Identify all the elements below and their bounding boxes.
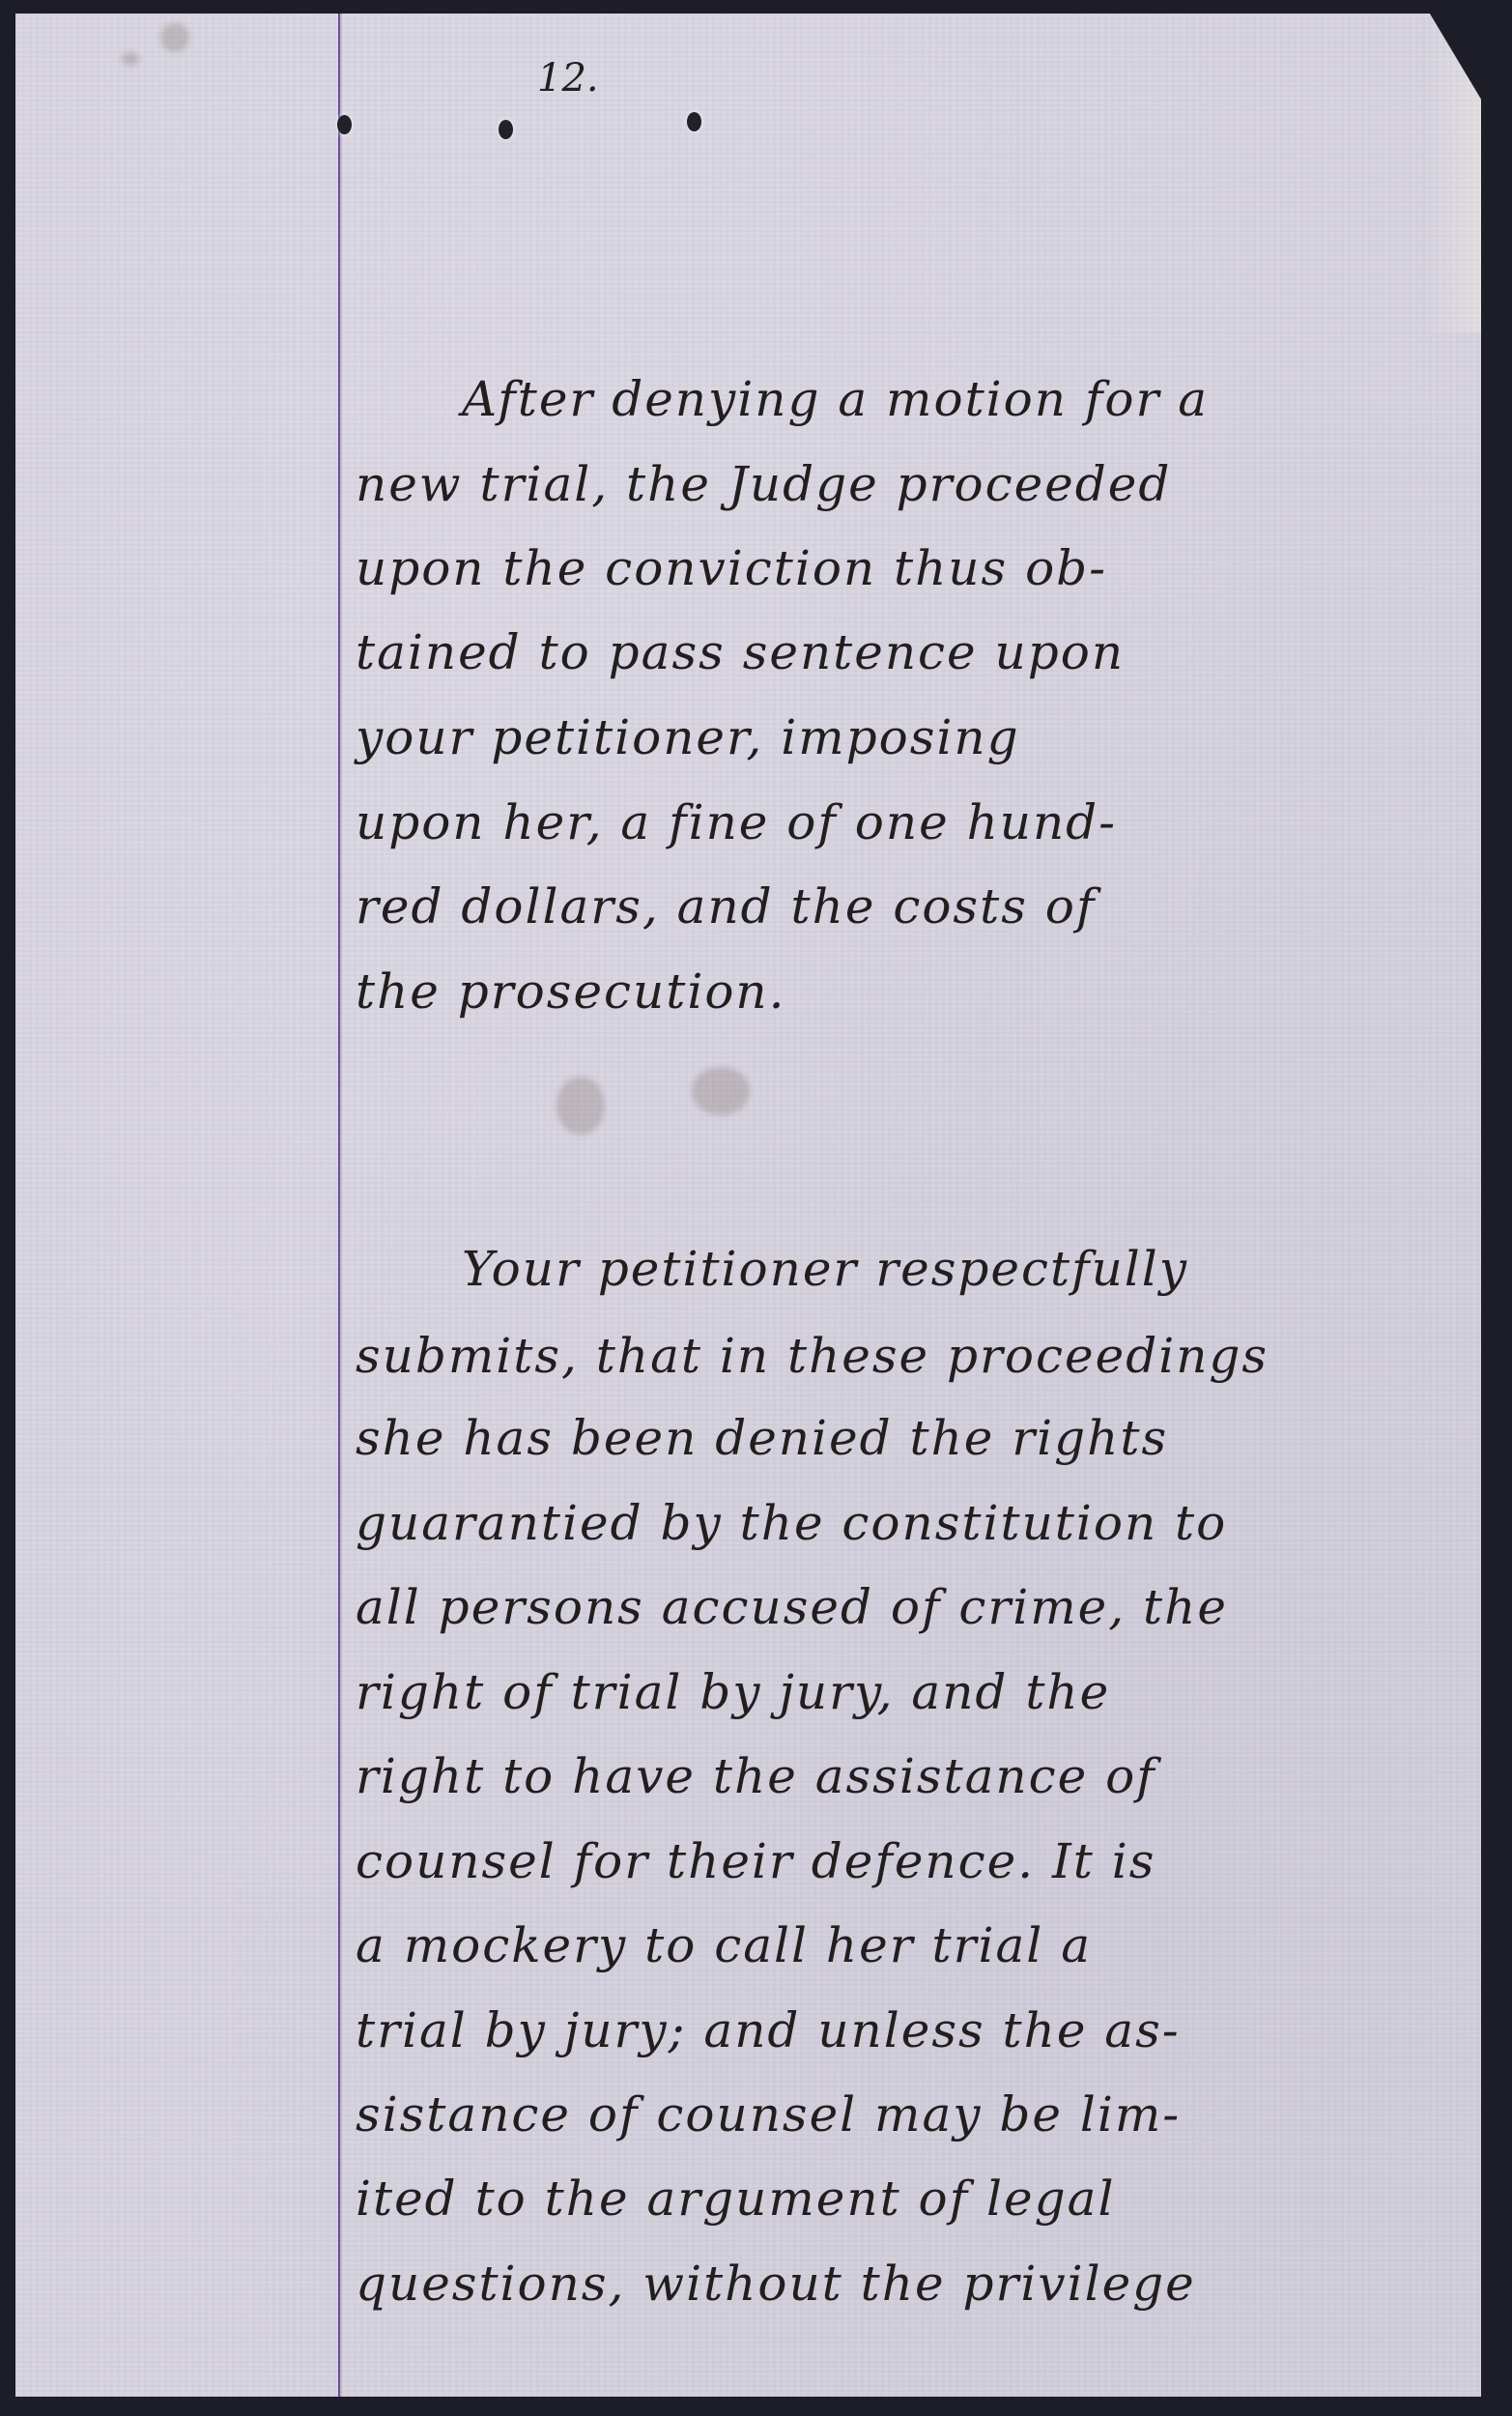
text-line: submits, that in these proceedings (356, 1328, 1269, 1384)
ink-stain (160, 23, 189, 52)
manuscript-page: 12. After denying a motion for a new tri… (15, 14, 1481, 2397)
text-line: ited to the argument of legal (356, 2171, 1115, 2227)
text-line: she has been denied the rights (356, 1410, 1168, 1466)
folded-corner (1423, 14, 1481, 332)
punch-hole (687, 112, 701, 131)
text-line: questions, without the privilege (356, 2256, 1196, 2312)
text-line: new trial, the Judge proceeded (356, 456, 1171, 512)
text-line: a mockery to call her trial a (356, 1917, 1092, 1973)
punch-hole (337, 115, 352, 134)
text-line: your petitioner, imposing (356, 709, 1020, 765)
text-line: right of trial by jury, and the (356, 1664, 1110, 1720)
text-line: tained to pass sentence upon (356, 624, 1125, 680)
text-line: counsel for their defence. It is (356, 1833, 1155, 1889)
text-line: upon the conviction thus ob- (356, 540, 1107, 596)
text-line: trial by jury; and unless the as- (356, 2002, 1181, 2058)
text-line: right to have the assistance of (356, 1748, 1156, 1804)
ink-smudge (556, 1077, 605, 1135)
text-line: all persons accused of crime, the (356, 1579, 1228, 1635)
text-line: After denying a motion for a (356, 371, 1209, 427)
text-line: guarantied by the constitution to (356, 1495, 1227, 1551)
text-line: the prosecution. (356, 964, 786, 1020)
page-number: 12. (537, 56, 599, 101)
margin-rule (338, 14, 340, 2397)
text-line: red dollars, and the costs of (356, 878, 1096, 935)
ink-stain (122, 52, 139, 66)
punch-hole (499, 120, 513, 139)
ink-smudge (692, 1067, 750, 1115)
text-line: Your petitioner respectfully (356, 1241, 1188, 1297)
text-line: upon her, a fine of one hund- (356, 794, 1117, 850)
text-line: sistance of counsel may be lim- (356, 2086, 1181, 2143)
